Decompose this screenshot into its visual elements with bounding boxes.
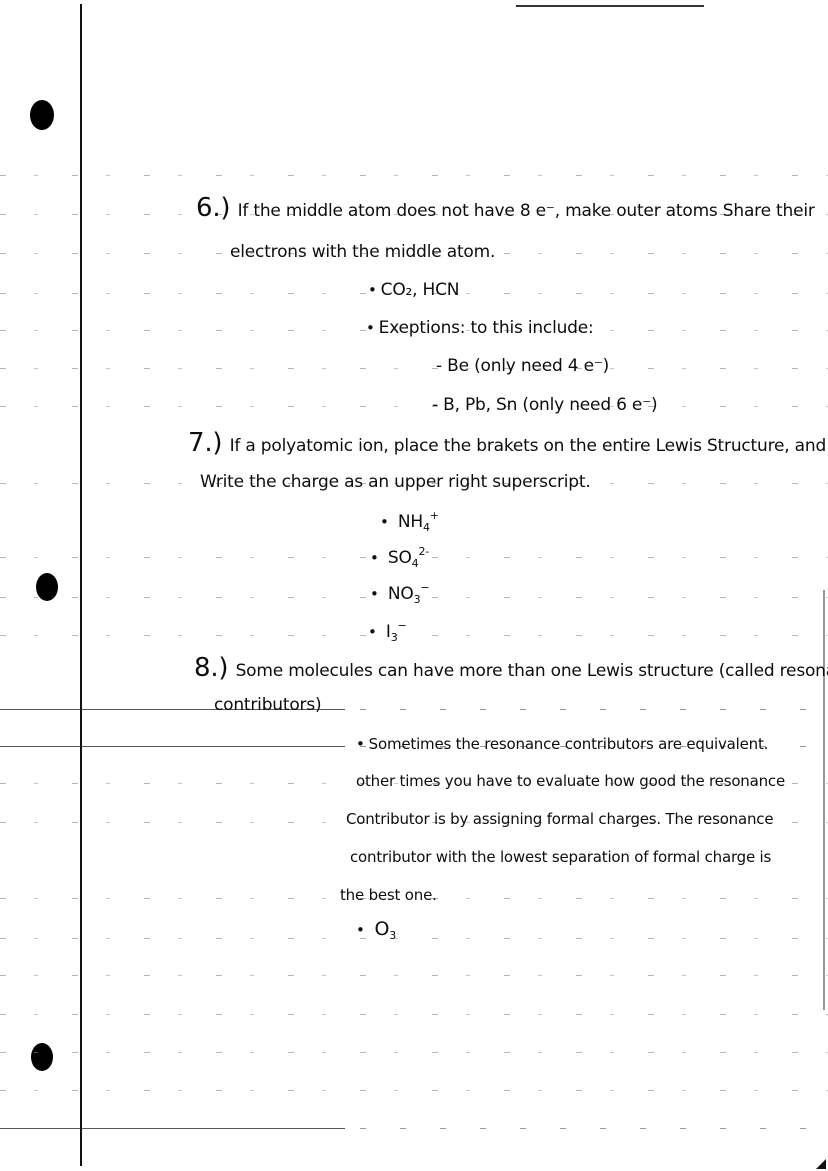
- ruled-line: [0, 975, 828, 976]
- top-rule-line: [516, 5, 704, 7]
- formula-base: NO: [388, 584, 414, 604]
- note-text: If the middle atom does not have 8 e⁻, m…: [238, 201, 815, 221]
- ruled-line: [0, 635, 828, 636]
- page-corner-mark: [816, 1159, 826, 1169]
- page-edge: [823, 590, 825, 1010]
- section-7-line-2: Write the charge as an upper right super…: [200, 474, 591, 491]
- exceptions-bullet: Exeptions: to this include:: [366, 320, 594, 337]
- resonance-example: O3: [356, 920, 396, 941]
- ruled-line: [0, 368, 828, 369]
- formula-subscript: 4: [412, 557, 419, 570]
- formula-subscript: 3: [391, 631, 398, 644]
- ion-example: NO3−: [370, 582, 429, 605]
- formula-base: NH: [398, 512, 423, 532]
- formula-charge: −: [398, 619, 407, 632]
- resonance-paragraph-line: other times you have to evaluate how goo…: [356, 774, 785, 789]
- ion-example: SO42-: [370, 546, 429, 569]
- section-6-line-2: electrons with the middle atom.: [230, 244, 495, 261]
- ruled-line: [0, 1090, 828, 1091]
- note-text: If a polyatomic ion, place the brakets o…: [230, 436, 826, 456]
- notebook-page: 6.) If the middle atom does not have 8 e…: [0, 0, 828, 1171]
- ruled-line: [0, 175, 828, 176]
- exception-item: - B, Pb, Sn (only need 6 e⁻): [432, 397, 657, 414]
- ruled-line: [0, 1052, 828, 1053]
- section-6-line-1: 6.) If the middle atom does not have 8 e…: [196, 195, 815, 221]
- section-8-line-1: 8.) Some molecules can have more than on…: [194, 655, 828, 681]
- formula-charge: +: [430, 509, 439, 522]
- ruled-line: [0, 1014, 828, 1015]
- ruled-line: [0, 709, 828, 710]
- formula-charge: −: [420, 581, 429, 594]
- ruled-line: [0, 938, 828, 939]
- punch-hole-icon: [30, 100, 54, 130]
- formula-subscript: 3: [389, 929, 396, 942]
- margin-line: [80, 4, 82, 1166]
- ion-example: NH4+: [380, 510, 439, 533]
- section-number: 6.): [196, 193, 230, 223]
- section-number: 8.): [194, 653, 228, 683]
- ion-example: I3−: [368, 620, 407, 643]
- resonance-paragraph-line: contributor with the lowest separation o…: [350, 850, 771, 865]
- resonance-paragraph-line: Sometimes the resonance contributors are…: [356, 737, 768, 752]
- formula-base: SO: [388, 548, 412, 568]
- ruled-line: [0, 1128, 828, 1129]
- formula-base: O: [375, 918, 390, 940]
- section-7-line-1: 7.) If a polyatomic ion, place the brake…: [188, 430, 826, 456]
- example-bullet: CO₂, HCN: [368, 282, 459, 299]
- note-text: Some molecules can have more than one Le…: [236, 661, 828, 681]
- resonance-paragraph-line: the best one.: [340, 888, 437, 903]
- punch-hole-icon: [31, 1043, 53, 1071]
- formula-subscript: 4: [423, 521, 430, 534]
- exception-item: - Be (only need 4 e⁻): [436, 358, 609, 375]
- resonance-paragraph-line: Contributor is by assigning formal charg…: [346, 812, 773, 827]
- section-number: 7.): [188, 428, 222, 458]
- formula-subscript: 3: [414, 593, 421, 606]
- formula-charge: 2-: [418, 545, 429, 558]
- section-8-line-2: contributors): [214, 697, 321, 714]
- ruled-line: [0, 406, 828, 407]
